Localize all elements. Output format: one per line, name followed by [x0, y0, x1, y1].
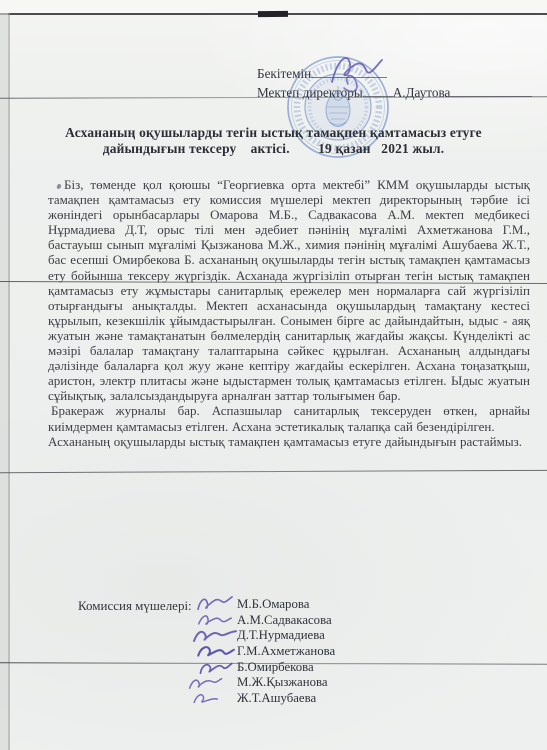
title-line-1: Асхананың оқушыларды тегін ыстық тамақпе…: [0, 125, 547, 141]
member-name: Б.Омирбекова: [237, 660, 314, 675]
approval-row-2: Мектеп директорыА.Даутова: [257, 83, 532, 102]
approval-block: Бекітемін Мектеп директорыА.Даутова: [257, 64, 532, 102]
commission-members-list: М.Б.Омарова А.М.Садвакасова Д.Т.Нурмадие…: [196, 597, 335, 706]
body-paragraph-2: Бракераж журналы бар. Аспазшылар санитар…: [48, 403, 530, 433]
binder-mark: [258, 11, 288, 17]
approval-row-1: Бекітемін: [257, 64, 532, 83]
approve-label: Бекітемін: [257, 66, 311, 81]
member-name: Ж.Т.Ашубаева: [237, 691, 316, 706]
member-row: Д.Т.Нурмадиева: [196, 628, 335, 644]
page-left-shadow: [0, 13, 8, 750]
page-left-edge: [8, 13, 10, 750]
member-row: Ж.Т.Ашубаева: [196, 691, 335, 707]
member-name: М.Ж.Қызжанова: [237, 675, 328, 690]
body-paragraph-1: Біз, төменде қол қоюшы “Георгиевка орта …: [48, 177, 530, 403]
member-name: Г.М.Ахметжанова: [237, 644, 335, 659]
scanned-document-page: Бекітемін Мектеп директорыА.Даутова Асха…: [0, 0, 547, 750]
member-name: Д.Т.Нурмадиева: [237, 628, 325, 643]
fold-line-3: [0, 470, 547, 473]
member-name: А.М.Садвакасова: [237, 613, 332, 628]
director-name: А.Даутова: [393, 85, 451, 100]
member-row: Г.М.Ахметжанова: [196, 644, 335, 660]
director-signature-icon: [318, 48, 390, 100]
body-paragraph-3: Асхананың оқушыларды ыстық тамақпен қамт…: [48, 434, 530, 449]
document-body: Біз, төменде қол қоюшы “Георгиевка орта …: [48, 177, 530, 449]
member-row: М.Ж.Қызжанова: [196, 675, 335, 691]
member-row: М.Б.Омарова: [196, 597, 335, 613]
member-signature-icon: [188, 689, 225, 707]
commission-label: Комиссия мүшелері:: [78, 598, 192, 614]
blank-line: [450, 84, 532, 97]
document-title: Асхананың оқушыларды тегін ыстық тамақпе…: [0, 125, 547, 157]
title-line-2: дайындығын тексеру актісі. 19 қазан 2021…: [0, 141, 547, 157]
member-name: М.Б.Омарова: [237, 597, 309, 612]
member-signature-icon: [193, 592, 236, 613]
